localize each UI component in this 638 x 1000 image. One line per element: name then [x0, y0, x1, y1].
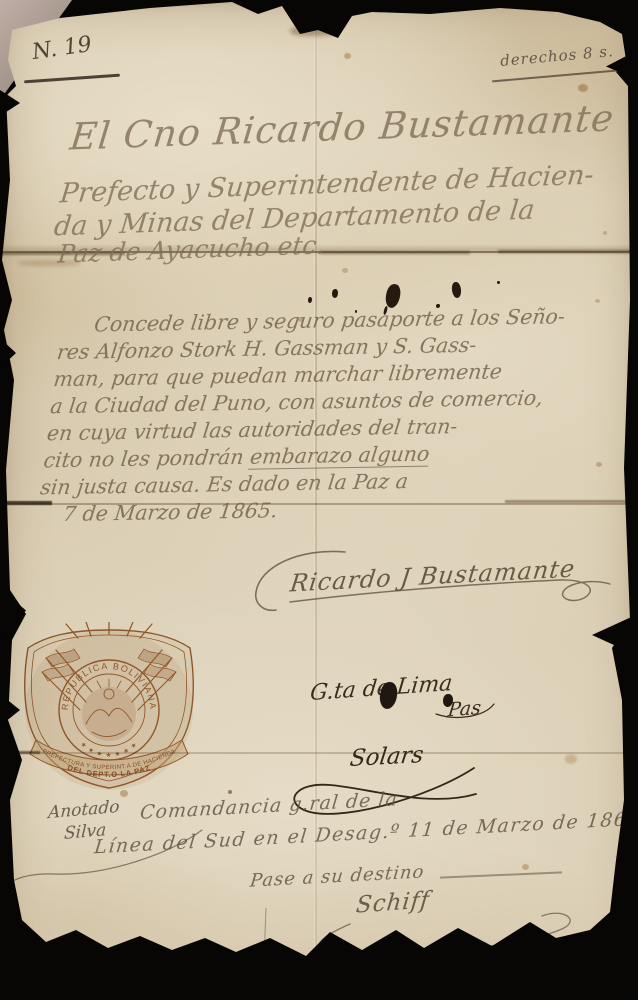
stain: [120, 790, 128, 797]
stain: [298, 317, 303, 322]
stain: [578, 84, 588, 92]
stain: [565, 754, 577, 764]
final-signature-flourish: [258, 902, 588, 964]
stain: [595, 299, 600, 303]
body-line-underlined-text: embarazo alguno: [249, 442, 431, 470]
stain: [344, 53, 351, 59]
document-number-underline: [24, 74, 120, 84]
heading-line-1: El Cno Ricardo Bustamante: [68, 96, 617, 158]
stain: [342, 268, 348, 273]
fee-note-underline: [492, 70, 616, 83]
prefect-signature-flourish: [140, 540, 620, 630]
fold-smudge: [320, 251, 470, 254]
body-line-text: cito no les pondrán: [42, 445, 251, 473]
anotado-annotation-line-1: Anotado: [48, 797, 120, 823]
ink-blot: [497, 281, 500, 284]
body-paragraph: Concede libre y seguro pasaporte a los S…: [35, 302, 606, 528]
ink-blot: [451, 281, 463, 298]
document-paper: N. 19 derechos 8 s. El Cno Ricardo Busta…: [0, 0, 638, 1000]
pase-destino-note: Pase a su destino: [249, 861, 425, 891]
stain: [522, 864, 529, 870]
fold-smudge: [498, 250, 638, 253]
stain: [290, 26, 336, 36]
ink-blot: [332, 289, 338, 298]
stain: [603, 231, 607, 235]
fee-note: derechos 8 s.: [499, 42, 614, 70]
ink-blot: [384, 283, 401, 309]
ink-blot: [379, 681, 398, 709]
lima-note-flourish: [430, 692, 500, 722]
photograph-of-document: N. 19 derechos 8 s. El Cno Ricardo Busta…: [0, 0, 638, 1000]
stain: [18, 260, 80, 266]
pase-trailing-line: [440, 871, 562, 878]
stain: [228, 790, 232, 794]
ink-blot: [308, 297, 312, 303]
bolivia-coat-of-arms-seal: REPUBLICA BOLIVIANA ★ ★ ★ ★ ★ ★ ★ PREFEC…: [16, 622, 202, 792]
document-number: N. 19: [31, 32, 94, 65]
stain: [596, 462, 602, 467]
